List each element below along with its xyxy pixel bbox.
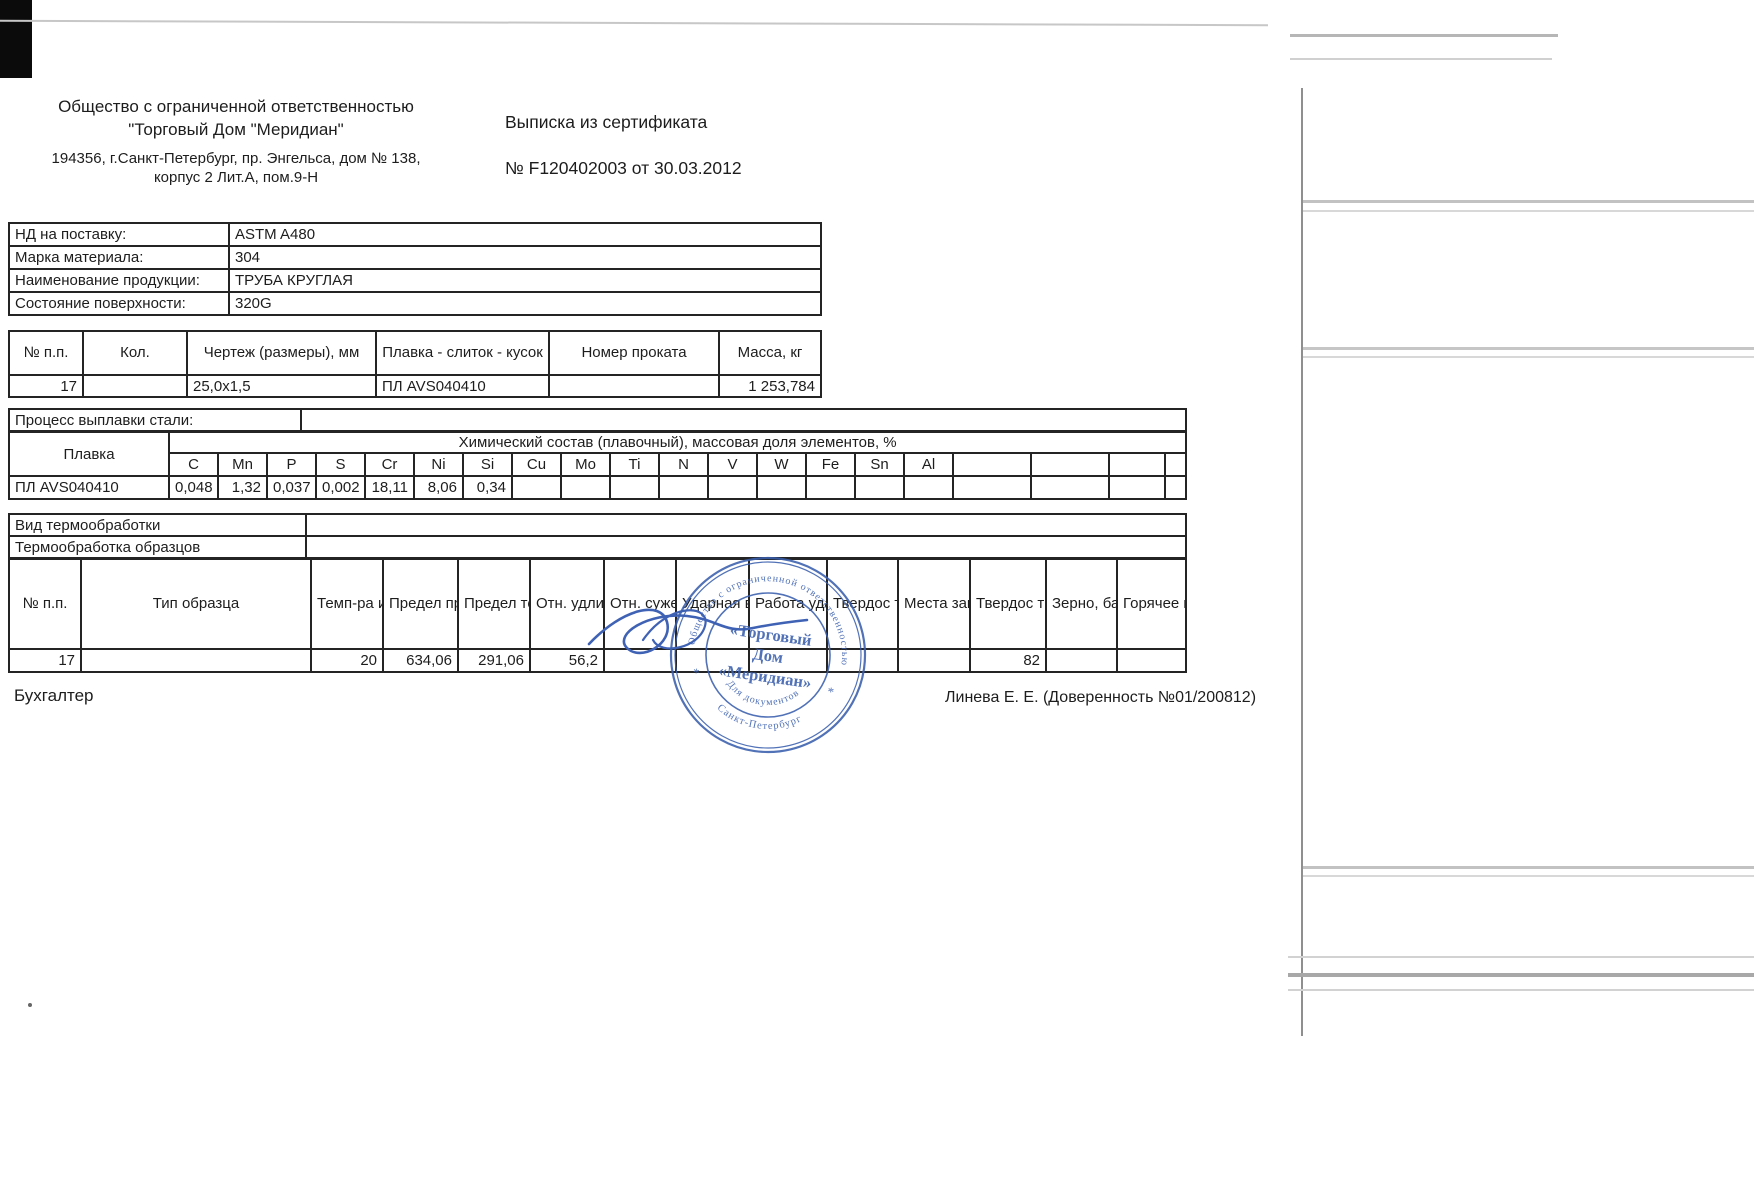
company-stamp: Общество с ограниченной ответственностью… (653, 540, 883, 770)
heat-treatment-table: Вид термообработки Термообработка образц… (8, 513, 1187, 559)
signatory-title: Бухгалтер (14, 686, 94, 706)
mech-value-cell (1046, 649, 1117, 672)
scan-artifact-line (1303, 347, 1754, 350)
chem-element-header: S (316, 453, 365, 476)
chem-element-header (953, 453, 1031, 476)
mech-value-cell (81, 649, 311, 672)
mech-value-cell: 17 (9, 649, 81, 672)
chem-value-cell: 0,34 (463, 476, 512, 499)
chem-value-cell (561, 476, 610, 499)
company-address-line1: 194356, г.Санкт-Петербург, пр. Энгельса,… (10, 149, 462, 169)
mech-value-cell: 20 (311, 649, 383, 672)
mech-value-cell: 82 (970, 649, 1046, 672)
mech-col-header: Твердос ть в сост поставки , HRB (970, 559, 1046, 649)
stamp-star-left: * (692, 665, 701, 681)
mech-col-header: Места замеров (898, 559, 970, 649)
product-col-header: Масса, кг (719, 331, 821, 375)
chem-value-cell: 0,037 (267, 476, 316, 499)
product-cell-rollnum (549, 375, 719, 397)
chem-value-cell (659, 476, 708, 499)
mech-value-cell: 291,06 (458, 649, 530, 672)
product-cell-num: 17 (9, 375, 83, 397)
product-col-header: Номер проката (549, 331, 719, 375)
signatory-name: Линева Е. Е. (Доверенность №01/200812) (945, 689, 1256, 707)
document-number: № F120402003 от 30.03.2012 (505, 158, 835, 179)
document-title-block: Выписка из сертификата № F120402003 от 3… (505, 112, 835, 179)
product-col-header: Чертеж (размеры), мм (187, 331, 376, 375)
company-address-line2: корпус 2 Лит.А, пом.9-Н (10, 168, 462, 188)
chem-value-cell (904, 476, 953, 499)
document-title: Выписка из сертификата (505, 112, 835, 133)
scan-artifact-line (1303, 866, 1754, 869)
chem-value-cell (1031, 476, 1109, 499)
chem-composition-title: Химический состав (плавочный), массовая … (169, 432, 1186, 453)
mech-col-header: Горячее крупн (1117, 559, 1186, 649)
stamp-center-line2: Дом (751, 644, 784, 667)
page-edge-line (1301, 88, 1303, 1036)
chem-value-cell (512, 476, 561, 499)
chem-value-cell (1109, 476, 1165, 499)
scan-artifact-corner (0, 0, 32, 78)
chem-value-cell (610, 476, 659, 499)
chem-value-cell (806, 476, 855, 499)
company-name-line2: "Торговый Дом "Меридиан" (10, 119, 462, 142)
scan-artifact-line (1303, 210, 1754, 212)
melt-column-label: Плавка (9, 432, 169, 476)
scan-artifact-line (1288, 989, 1754, 991)
info-value-cell: ASTM A480 (229, 223, 821, 246)
info-value-cell: ТРУБА КРУГЛАЯ (229, 269, 821, 292)
mech-col-header: Предел текучест и, Н/мм2 (458, 559, 530, 649)
chem-element-header: W (757, 453, 806, 476)
scan-artifact-line (0, 20, 1268, 26)
chem-element-header: P (267, 453, 316, 476)
scanned-certificate-page: Общество с ограниченной ответственностью… (0, 0, 1754, 1180)
info-value-cell: 304 (229, 246, 821, 269)
chem-value-cell: 0,002 (316, 476, 365, 499)
chem-value-cell: 18,11 (365, 476, 414, 499)
scan-artifact-line (1303, 200, 1754, 203)
product-cell-mass: 1 253,784 (719, 375, 821, 397)
mech-col-header: № п.п. (9, 559, 81, 649)
smelting-process-table: Процесс выплавки стали: (8, 408, 1187, 432)
info-label-cell: Марка материала: (9, 246, 229, 269)
chem-element-header: Al (904, 453, 953, 476)
mech-value-cell (898, 649, 970, 672)
heat-treatment-label: Вид термообработки (9, 514, 306, 536)
scan-artifact-line (1288, 973, 1754, 977)
chemical-composition-table: Плавка Химический состав (плавочный), ма… (8, 431, 1187, 500)
chem-element-header: Mo (561, 453, 610, 476)
process-value-cell (301, 409, 1186, 431)
scan-artifact-dot (28, 1003, 32, 1007)
stamp-star-right: * (827, 684, 836, 700)
mech-value-cell: 634,06 (383, 649, 458, 672)
scan-artifact-line (1288, 956, 1754, 958)
chem-element-header: Si (463, 453, 512, 476)
chem-melt-id-cell: ПЛ AVS040410 (9, 476, 169, 499)
product-cell-qty (83, 375, 187, 397)
product-col-header: № п.п. (9, 331, 83, 375)
chem-element-header: Mn (218, 453, 267, 476)
chem-value-cell (1165, 476, 1186, 499)
chem-element-header: N (659, 453, 708, 476)
chem-element-header: Fe (806, 453, 855, 476)
product-col-header: Кол. (83, 331, 187, 375)
chem-element-header: Cu (512, 453, 561, 476)
mech-col-header: Предел прочност и, Н/мм2 (383, 559, 458, 649)
mech-value-cell (1117, 649, 1186, 672)
chem-element-header (1165, 453, 1186, 476)
chem-value-cell (757, 476, 806, 499)
supply-info-table: НД на поставку:ASTM A480 Марка материала… (8, 222, 822, 316)
chem-value-cell: 0,048 (169, 476, 218, 499)
scan-artifact-line (1290, 34, 1558, 37)
chem-value-cell: 8,06 (414, 476, 463, 499)
info-label-cell: Наименование продукции: (9, 269, 229, 292)
heat-treatment-samples-label: Термообработка образцов (9, 536, 306, 558)
product-col-header: Плавка - слиток - кусок (376, 331, 549, 375)
info-label-cell: Состояние поверхности: (9, 292, 229, 315)
mech-col-header: Тип образца (81, 559, 311, 649)
info-value-cell: 320G (229, 292, 821, 315)
chem-element-header: C (169, 453, 218, 476)
scan-artifact-line (1303, 356, 1754, 358)
scan-artifact-line (1290, 58, 1552, 60)
product-cell-melt: ПЛ AVS040410 (376, 375, 549, 397)
stamp-center-line1: «Торговый (729, 620, 813, 650)
chem-value-cell (855, 476, 904, 499)
product-table: № п.п. Кол. Чертеж (размеры), мм Плавка … (8, 330, 822, 398)
chem-value-cell: 1,32 (218, 476, 267, 499)
mech-col-header: Зерно, балл (1046, 559, 1117, 649)
letterhead: Общество с ограниченной ответственностью… (10, 96, 462, 188)
company-name-line1: Общество с ограниченной ответственностью (10, 96, 462, 119)
chem-element-header: Sn (855, 453, 904, 476)
chem-element-header (1031, 453, 1109, 476)
mech-col-header: Темп-ра исп, С (311, 559, 383, 649)
chem-value-cell (953, 476, 1031, 499)
chem-value-cell (708, 476, 757, 499)
chem-element-header (1109, 453, 1165, 476)
chem-element-header: Ni (414, 453, 463, 476)
info-label-cell: НД на поставку: (9, 223, 229, 246)
chem-element-header: Ti (610, 453, 659, 476)
scan-artifact-line (1303, 875, 1754, 877)
chem-element-header: V (708, 453, 757, 476)
product-cell-size: 25,0x1,5 (187, 375, 376, 397)
process-label-cell: Процесс выплавки стали: (9, 409, 301, 431)
heat-treatment-value (306, 514, 1186, 536)
chem-element-header: Cr (365, 453, 414, 476)
